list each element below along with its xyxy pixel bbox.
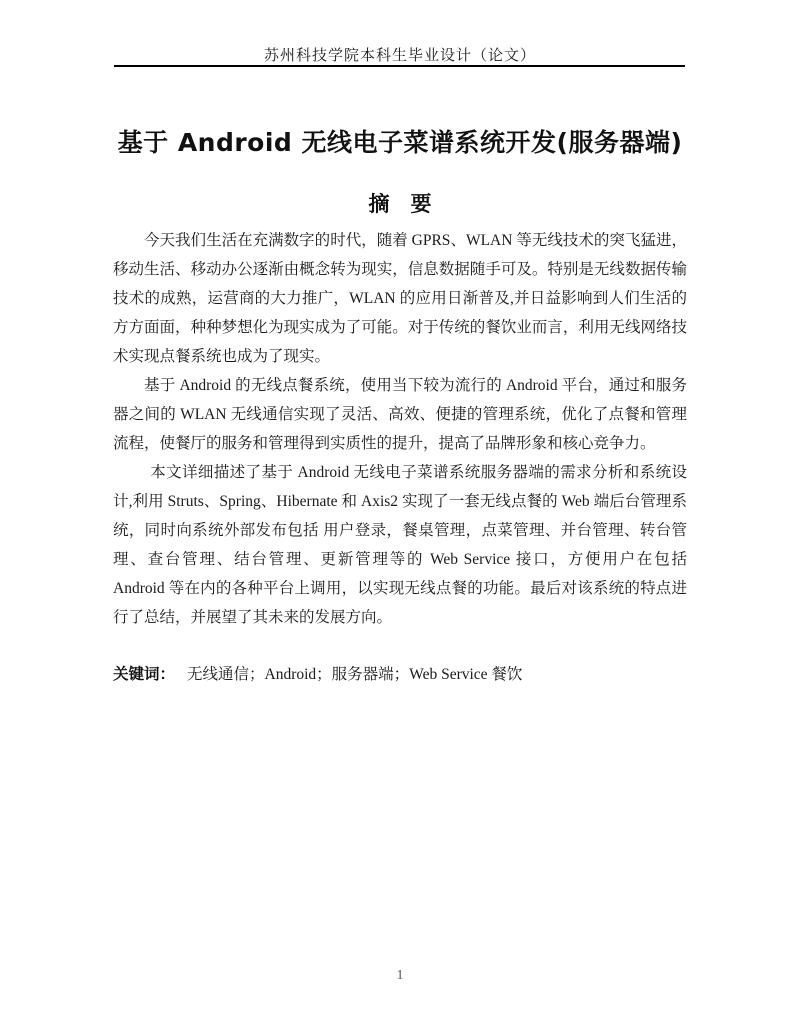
- keywords-line: 关键词：无线通信；Android；服务器端；Web Service 餐饮: [113, 662, 687, 687]
- page-number: 1: [397, 968, 404, 983]
- document-title: 基于 Android 无线电子菜谱系统开发(服务器端): [0, 123, 800, 159]
- document-page: 苏州科技学院本科生毕业设计（论文） 基于 Android 无线电子菜谱系统开发(…: [0, 0, 800, 1036]
- running-header: 苏州科技学院本科生毕业设计（论文）: [0, 44, 800, 65]
- abstract-body: 今天我们生活在充满数字的时代，随着 GPRS、WLAN 等无线技术的突飞猛进，移…: [113, 226, 687, 632]
- abstract-heading: 摘 要: [0, 188, 800, 218]
- keywords-text: 无线通信；Android；服务器端；Web Service 餐饮: [187, 666, 522, 683]
- header-rule: [114, 65, 685, 67]
- page-footer: 1: [0, 968, 800, 984]
- abstract-paragraph-2: 基于 Android 的无线点餐系统，使用当下较为流行的 Android 平台，…: [113, 371, 687, 458]
- abstract-paragraph-1: 今天我们生活在充满数字的时代，随着 GPRS、WLAN 等无线技术的突飞猛进，移…: [113, 226, 687, 371]
- keywords-label: 关键词：: [113, 665, 175, 683]
- abstract-paragraph-3: 本文详细描述了基于 Android 无线电子菜谱系统服务器端的需求分析和系统设计…: [113, 458, 687, 632]
